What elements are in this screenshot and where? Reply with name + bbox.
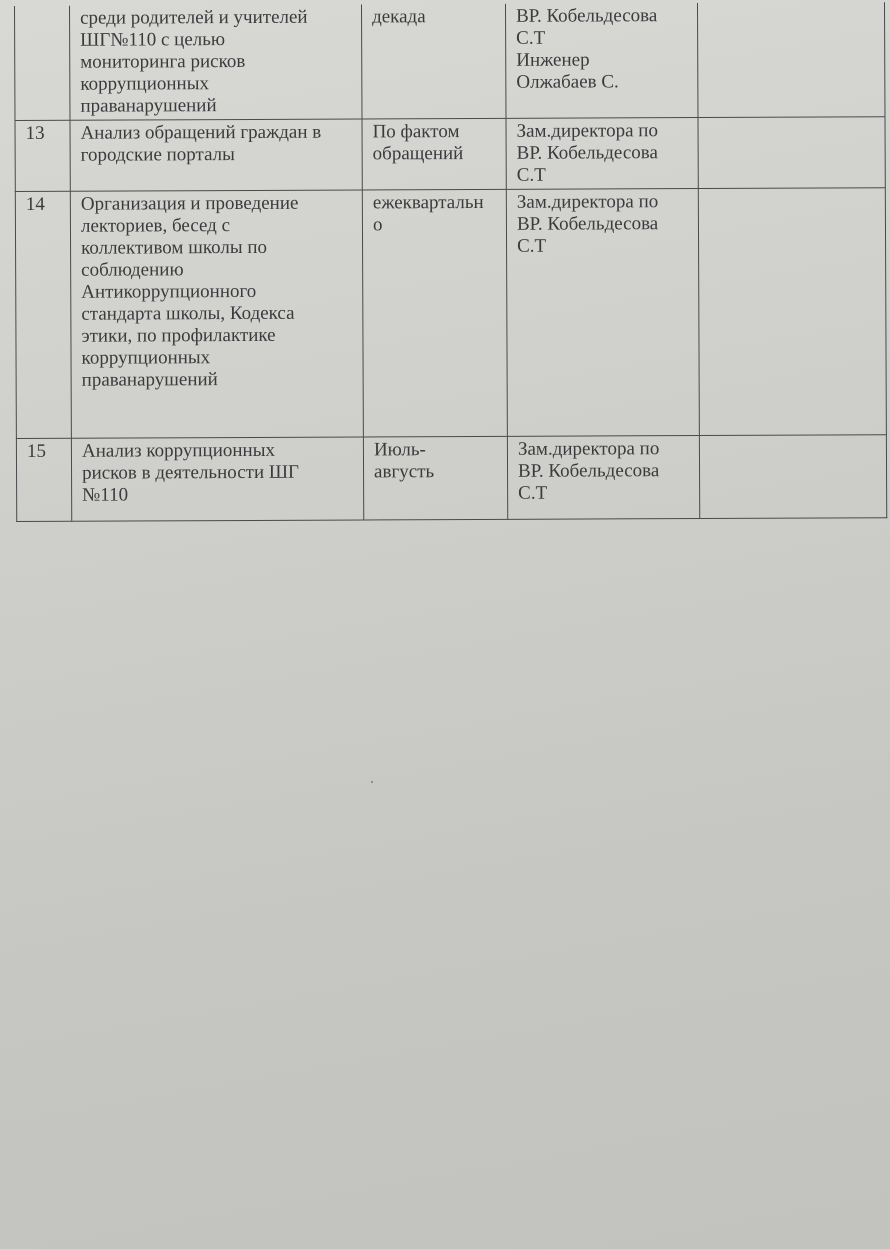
term-cell: ежеквартальн о (362, 189, 507, 437)
note-cell (698, 117, 885, 189)
responsible-cell: Зам.директора по ВР. Кобельдесова С.Т (507, 436, 699, 520)
responsible-cell: Зам.директора по ВР. Кобельдесова С.Т (506, 118, 698, 190)
scanned-page: среди родителей и учителей ШГ№110 с цель… (0, 0, 890, 1249)
term-cell: По фактом обращений (362, 118, 506, 190)
row-number: 13 (15, 120, 70, 191)
action-plan-table: среди родителей и учителей ШГ№110 с цель… (14, 2, 887, 522)
paper-speck (371, 781, 373, 783)
note-cell (699, 435, 886, 519)
row-number: 15 (16, 438, 71, 521)
table-row: 15 Анализ коррупционных рисков в деятель… (16, 435, 886, 522)
note-cell (698, 188, 886, 436)
term-cell: Июль- августь (363, 436, 507, 520)
activity-cell: среди родителей и учителей ШГ№110 с цель… (69, 4, 361, 120)
activity-cell: Анализ коррупционных рисков в деятельнос… (71, 437, 363, 521)
row-number: 14 (15, 191, 71, 438)
responsible-cell: ВР. Кобельдесова С.Т Инженер Олжабаев С. (505, 3, 697, 118)
activity-cell: Анализ обращений граждан в городские пор… (70, 119, 362, 191)
note-cell (697, 2, 884, 117)
activity-cell: Организация и проведение лекториев, бесе… (70, 190, 363, 438)
table-row: 14 Организация и проведение лекториев, б… (15, 188, 886, 439)
table-row: среди родителей и учителей ШГ№110 с цель… (14, 2, 884, 120)
responsible-cell: Зам.директора по ВР. Кобельдесова С.Т (506, 189, 699, 437)
row-number (14, 6, 69, 121)
table-row: 13 Анализ обращений граждан в городские … (15, 117, 885, 192)
term-cell: декада (361, 4, 505, 119)
